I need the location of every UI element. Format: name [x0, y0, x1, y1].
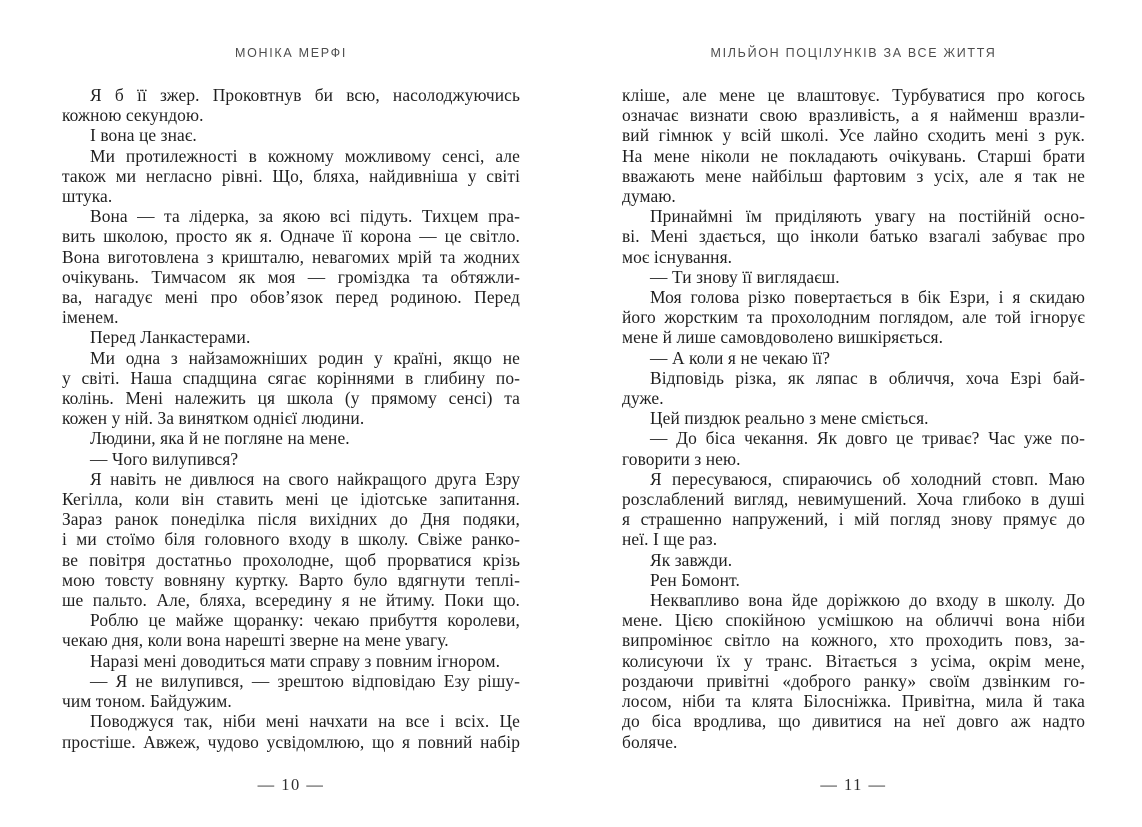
text-line: — До біса чекання. Як довго це триває? Ч…: [622, 428, 1085, 448]
running-header-title: МІЛЬЙОН ПОЦІЛУНКІВ ЗА ВСЕ ЖИТТЯ: [622, 46, 1085, 60]
text-line: простіше. Авжеж, чудово усвідомлюю, що я…: [62, 732, 520, 752]
text-line: Кегілла, коли він ставить мені це ідіотс…: [62, 489, 520, 509]
page-number-right: — 11 —: [622, 775, 1085, 795]
text-line: моє існування.: [622, 247, 1085, 267]
text-line: кожен у ній. За винятком однієї людини.: [62, 408, 520, 428]
text-line: ве повітря достатньо прохолодне, щоб про…: [62, 550, 520, 570]
text-line: означає визнати свою вразливість, а я на…: [622, 105, 1085, 125]
text-line: Ми протилежності в кожному можливому сен…: [62, 146, 520, 166]
text-line: Вона — та лідерка, за якою всі підуть. Т…: [62, 206, 520, 226]
text-line: Я пересуваюся, спираючись об холодний ст…: [622, 469, 1085, 489]
text-line: боляче.: [622, 732, 1085, 752]
text-line: Вона виготовлена з кришталю, невагомих м…: [62, 247, 520, 267]
text-line: я страшенно напружений, і мій погляд зно…: [622, 509, 1085, 529]
text-line: неї. І ще раз.: [622, 529, 1085, 549]
text-line: Перед Ланкастерами.: [62, 327, 520, 347]
text-line: говорити з нею.: [622, 449, 1085, 469]
text-line: лосом, ніби та клята Білосніжка. Привітн…: [622, 691, 1085, 711]
left-page-body-text: Я б її зжер. Проковтнув би всю, насолодж…: [62, 85, 520, 752]
text-line: Моя голова різко повертається в бік Езри…: [622, 287, 1085, 307]
text-line: Як завжди.: [622, 550, 1085, 570]
text-line: ше пальто. Але, бляха, всередину я не йт…: [62, 590, 520, 610]
page-number-left: — 10 —: [62, 775, 520, 795]
text-line: Відповідь різка, як ляпас в обличчя, хоч…: [622, 368, 1085, 388]
text-line: На мене ніколи не покладають очікувань. …: [622, 146, 1085, 166]
book-spread: МОНІКА МЕРФІ Я б її зжер. Проковтнув би …: [0, 0, 1142, 827]
text-line: Поводжуся так, ніби мені начхати на все …: [62, 711, 520, 731]
text-line: його жорстким та прохолодним поглядом, а…: [622, 307, 1085, 327]
left-page: МОНІКА МЕРФІ Я б її зжер. Проковтнув би …: [62, 0, 520, 827]
text-line: у світі. Наша спадщина сягає коріннями в…: [62, 368, 520, 388]
text-line: очікувань. Тимчасом як моя — громіздка т…: [62, 267, 520, 287]
text-line: — Ти знову її виглядаєш.: [622, 267, 1085, 287]
text-line: мене й лише самовдоволено вишкіряється.: [622, 327, 1085, 347]
text-line: розслаблений вигляд, невимушений. Хоча г…: [622, 489, 1085, 509]
text-line: чекаю дня, коли вона нарешті зверне на м…: [62, 630, 520, 650]
text-line: чим тоном. Байдужим.: [62, 691, 520, 711]
text-line: роздаючи привітні «доброго ранку» своїм …: [622, 671, 1085, 691]
text-line: Я б її зжер. Проковтнув би всю, насолодж…: [62, 85, 520, 105]
text-line: кожною секундою.: [62, 105, 520, 125]
text-line: І вона це знає.: [62, 125, 520, 145]
text-line: Неквапливо вона йде доріжкою до входу в …: [622, 590, 1085, 610]
text-line: і ми стоїмо біля головного входу в школу…: [62, 529, 520, 549]
right-page-body-text: кліше, але мене це влаштовує. Турбуватис…: [622, 85, 1085, 752]
text-line: мене. Цією спокійною усмішкою на обличчі…: [622, 610, 1085, 630]
text-line: думаю.: [622, 186, 1085, 206]
text-line: — А коли я не чекаю її?: [622, 348, 1085, 368]
text-line: Роблю це майже щоранку: чекаю прибуття к…: [62, 610, 520, 630]
text-line: — Я не вилупився, — зрештою відповідаю Е…: [62, 671, 520, 691]
running-header-author: МОНІКА МЕРФІ: [62, 46, 520, 60]
text-line: Цей пиздюк реально з мене сміється.: [622, 408, 1085, 428]
text-line: Я навіть не дивлюся на свого найкращого …: [62, 469, 520, 489]
text-line: іменем.: [62, 307, 520, 327]
text-line: колінь. Мені належить ця школа (у прямом…: [62, 388, 520, 408]
text-line: мою товсту вовняну куртку. Варто було вд…: [62, 570, 520, 590]
text-line: ва, нагадує мені про обов’язок перед род…: [62, 287, 520, 307]
text-line: Людини, яка й не погляне на мене.: [62, 428, 520, 448]
text-line: штука.: [62, 186, 520, 206]
text-line: до біса вродлива, що дивитися на неї дов…: [622, 711, 1085, 731]
text-line: вий гімнюк у всій школі. Усе лайно сходи…: [622, 125, 1085, 145]
text-line: вить школою, просто як я. Одначе її коро…: [62, 226, 520, 246]
right-page: МІЛЬЙОН ПОЦІЛУНКІВ ЗА ВСЕ ЖИТТЯ кліше, а…: [622, 0, 1085, 827]
text-line: випромінює світло на кожного, хто проход…: [622, 630, 1085, 650]
text-line: вважають мене найбільш фартовим з усіх, …: [622, 166, 1085, 186]
text-line: Рен Бомонт.: [622, 570, 1085, 590]
text-line: Зараз ранок понеділка після вихідних до …: [62, 509, 520, 529]
text-line: — Чого вилупився?: [62, 449, 520, 469]
text-line: Принаймні їм приділяють увагу на постійн…: [622, 206, 1085, 226]
text-line: ві. Мені здається, що інколи батько взаг…: [622, 226, 1085, 246]
text-line: Ми одна з найзаможніших родин у країні, …: [62, 348, 520, 368]
text-line: дуже.: [622, 388, 1085, 408]
text-line: також ми негласно рівні. Що, бляха, найд…: [62, 166, 520, 186]
text-line: кліше, але мене це влаштовує. Турбуватис…: [622, 85, 1085, 105]
text-line: колисуючи їх у транс. Вітається з усіма,…: [622, 651, 1085, 671]
text-line: Наразі мені доводиться мати справу з пов…: [62, 651, 520, 671]
